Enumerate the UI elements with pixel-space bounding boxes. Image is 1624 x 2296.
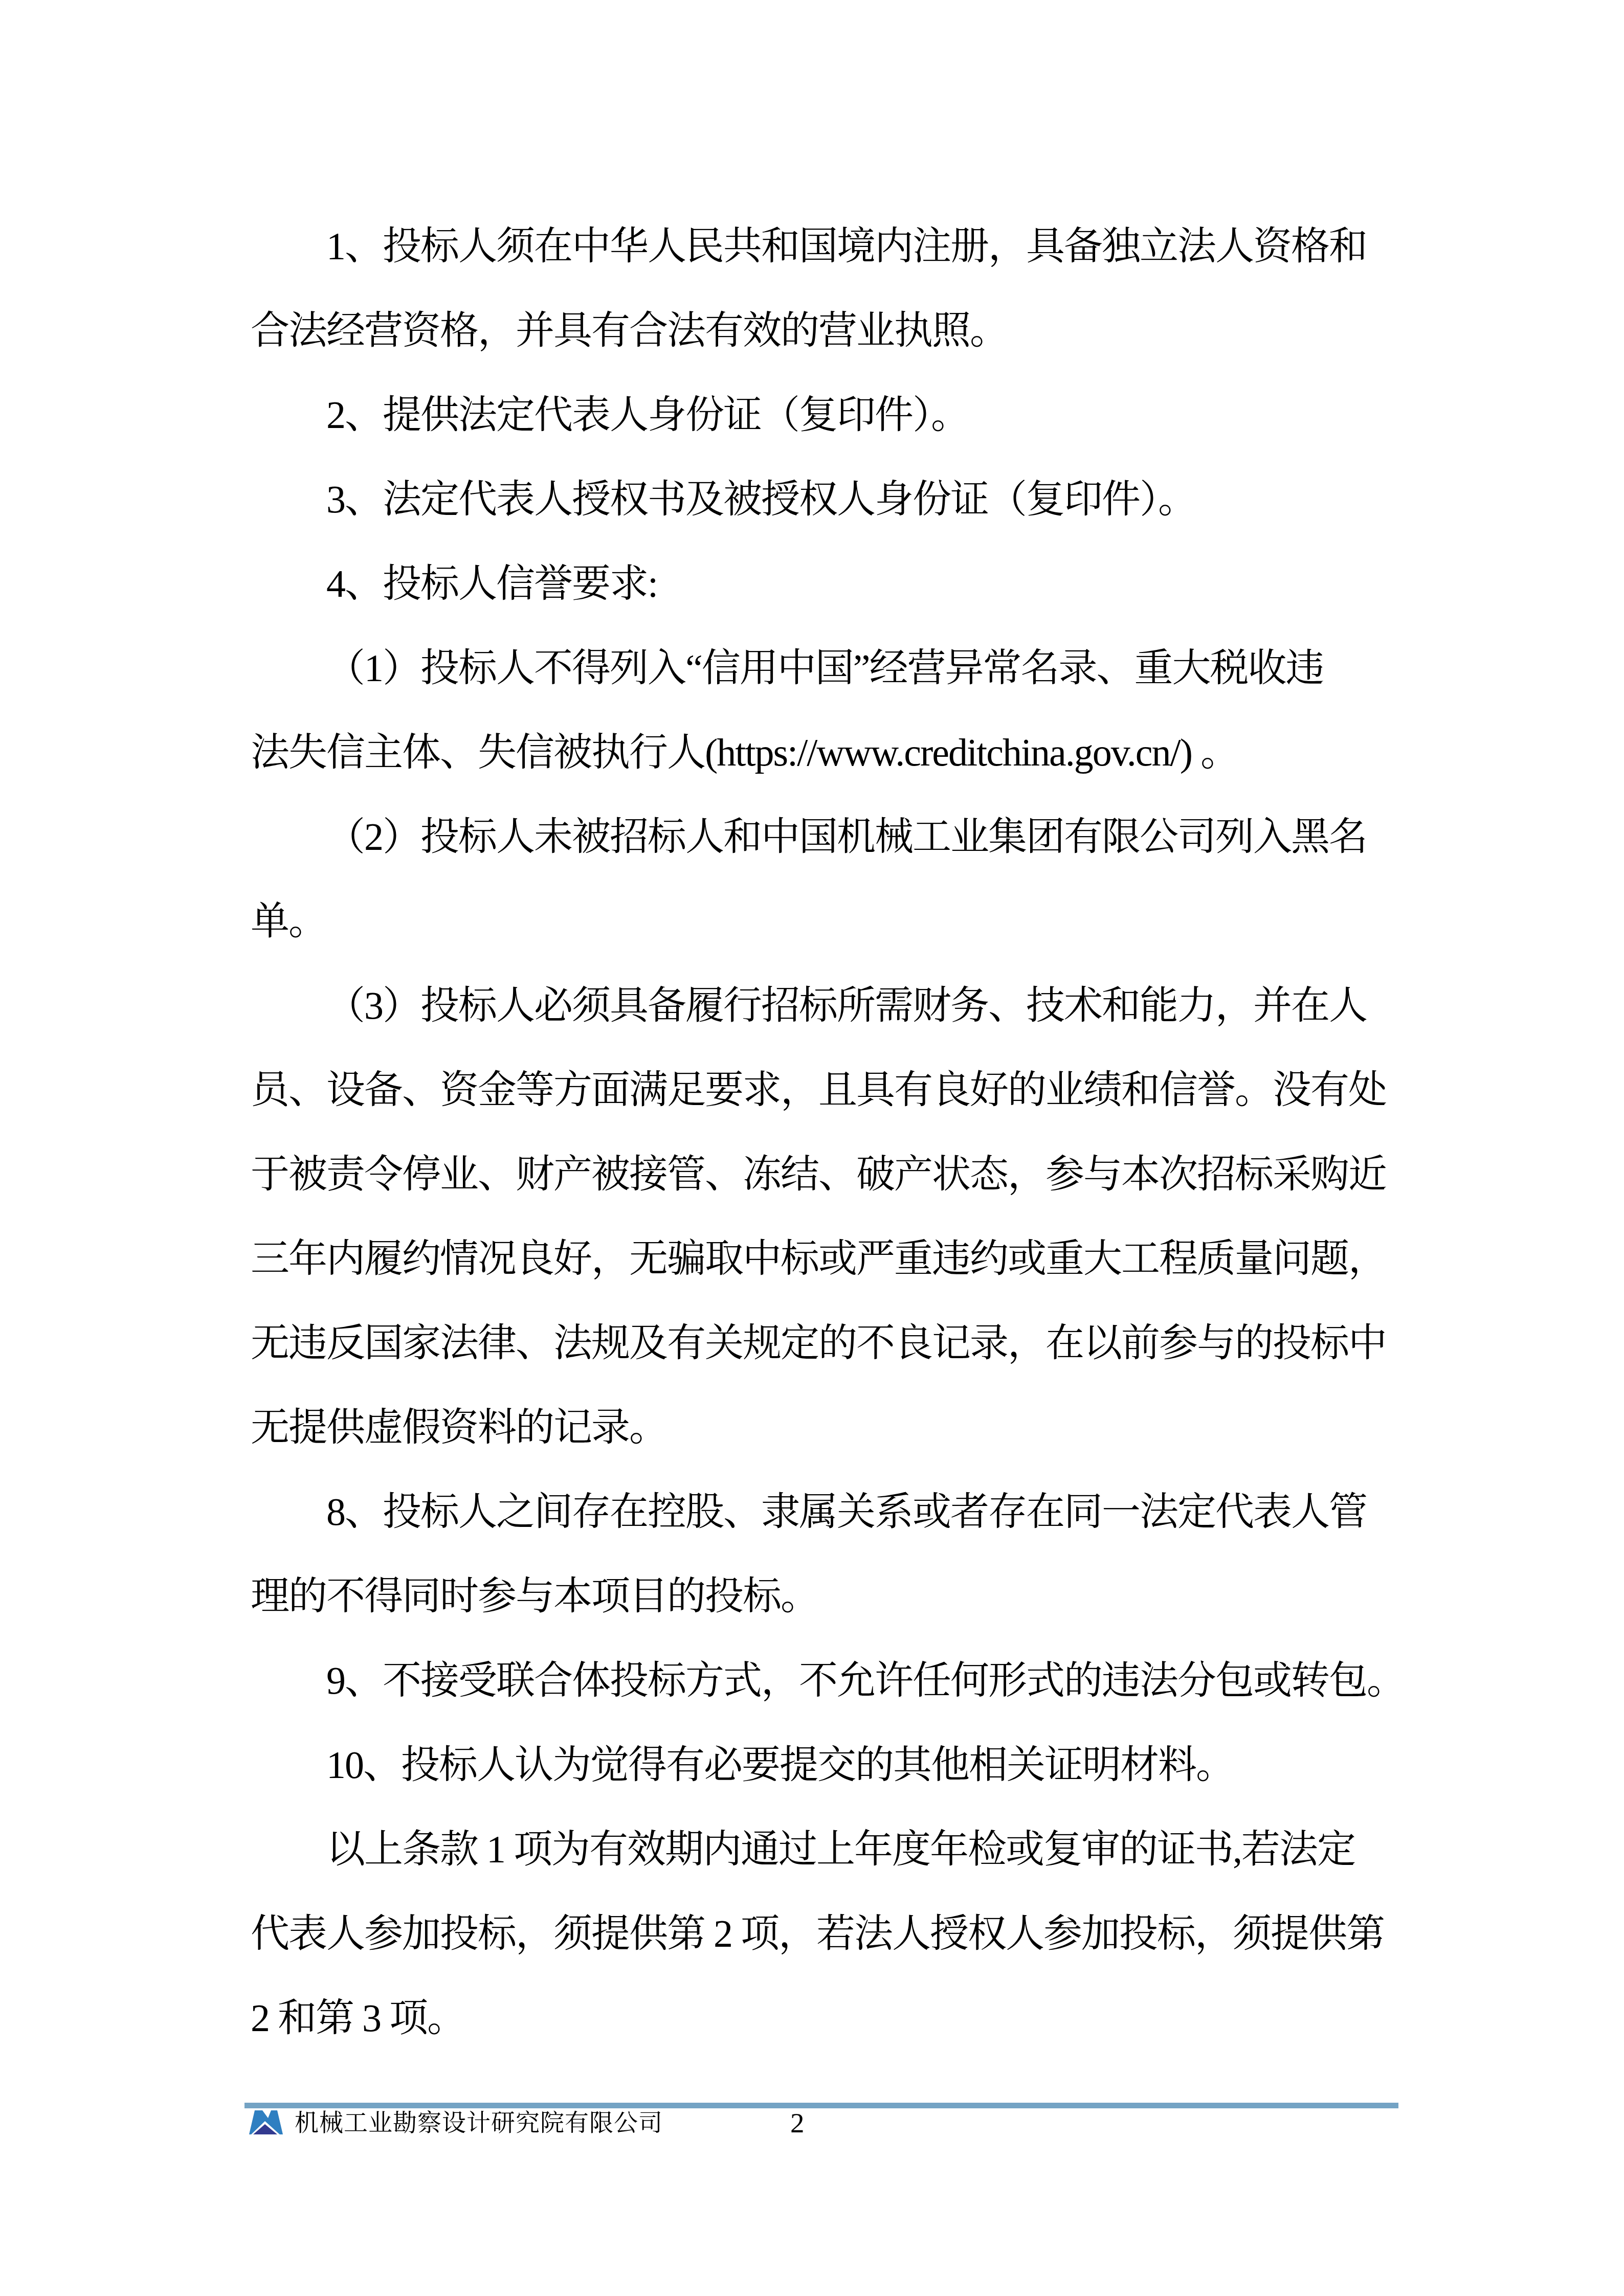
body-line: （3）投标人必须具备履行招标所需财务、技术和能力，并在人 <box>251 964 1437 1048</box>
body-line: 2 和第 3 项。 <box>251 1976 1437 2061</box>
body-line: 4、投标人信誉要求: <box>251 542 1437 626</box>
body-line: 单。 <box>251 880 1437 964</box>
body-line: 8、投标人之间存在控股、隶属关系或者存在同一法定代表人管 <box>251 1470 1437 1555</box>
body-line: （2）投标人未被招标人和中国机械工业集团有限公司列入黑名 <box>251 795 1437 880</box>
company-logo-icon <box>249 2109 283 2137</box>
body-line: 2、提供法定代表人身份证（复印件）。 <box>251 373 1437 458</box>
body-line: 合法经营资格，并具有合法有效的营业执照。 <box>251 289 1437 373</box>
body-line: （1）投标人不得列入“信用中国”经营异常名录、重大税收违 <box>251 626 1437 711</box>
body-line: 法失信主体、失信被执行人(https://www.creditchina.gov… <box>251 711 1437 795</box>
body-line: 于被责令停业、财产被接管、冻结、破产状态，参与本次招标采购近 <box>251 1133 1437 1217</box>
body-line: 1、投标人须在中华人民共和国境内注册，具备独立法人资格和 <box>251 205 1437 289</box>
body-line: 三年内履约情况良好，无骗取中标或严重违约或重大工程质量问题， <box>251 1217 1437 1301</box>
body-line: 9、不接受联合体投标方式，不允许任何形式的违法分包或转包。 <box>251 1639 1437 1723</box>
body-line: 以上条款 1 项为有效期内通过上年度年检或复审的证书,若法定 <box>251 1808 1437 1892</box>
document-body: 1、投标人须在中华人民共和国境内注册，具备独立法人资格和 合法经营资格，并具有合… <box>251 205 1437 2061</box>
body-line: 无违反国家法律、法规及有关规定的不良记录，在以前参与的投标中 <box>251 1301 1437 1386</box>
body-line: 3、法定代表人授权书及被授权人身份证（复印件）。 <box>251 458 1437 542</box>
footer-company-name: 机械工业勘察设计研究院有限公司 <box>295 2107 663 2140</box>
body-line: 代表人参加投标，须提供第 2 项，若法人授权人参加投标，须提供第 <box>251 1892 1437 1976</box>
body-line: 理的不得同时参与本项目的投标。 <box>251 1555 1437 1639</box>
body-line: 员、设备、资金等方面满足要求，且具有良好的业绩和信誉。没有处 <box>251 1048 1437 1133</box>
body-line: 10、投标人认为觉得有必要提交的其他相关证明材料。 <box>251 1723 1437 1808</box>
document-page: 1、投标人须在中华人民共和国境内注册，具备独立法人资格和 合法经营资格，并具有合… <box>0 0 1624 2296</box>
page-footer: 机械工业勘察设计研究院有限公司 <box>249 2107 663 2140</box>
page-number: 2 <box>790 2107 805 2140</box>
body-line: 无提供虚假资料的记录。 <box>251 1386 1437 1470</box>
